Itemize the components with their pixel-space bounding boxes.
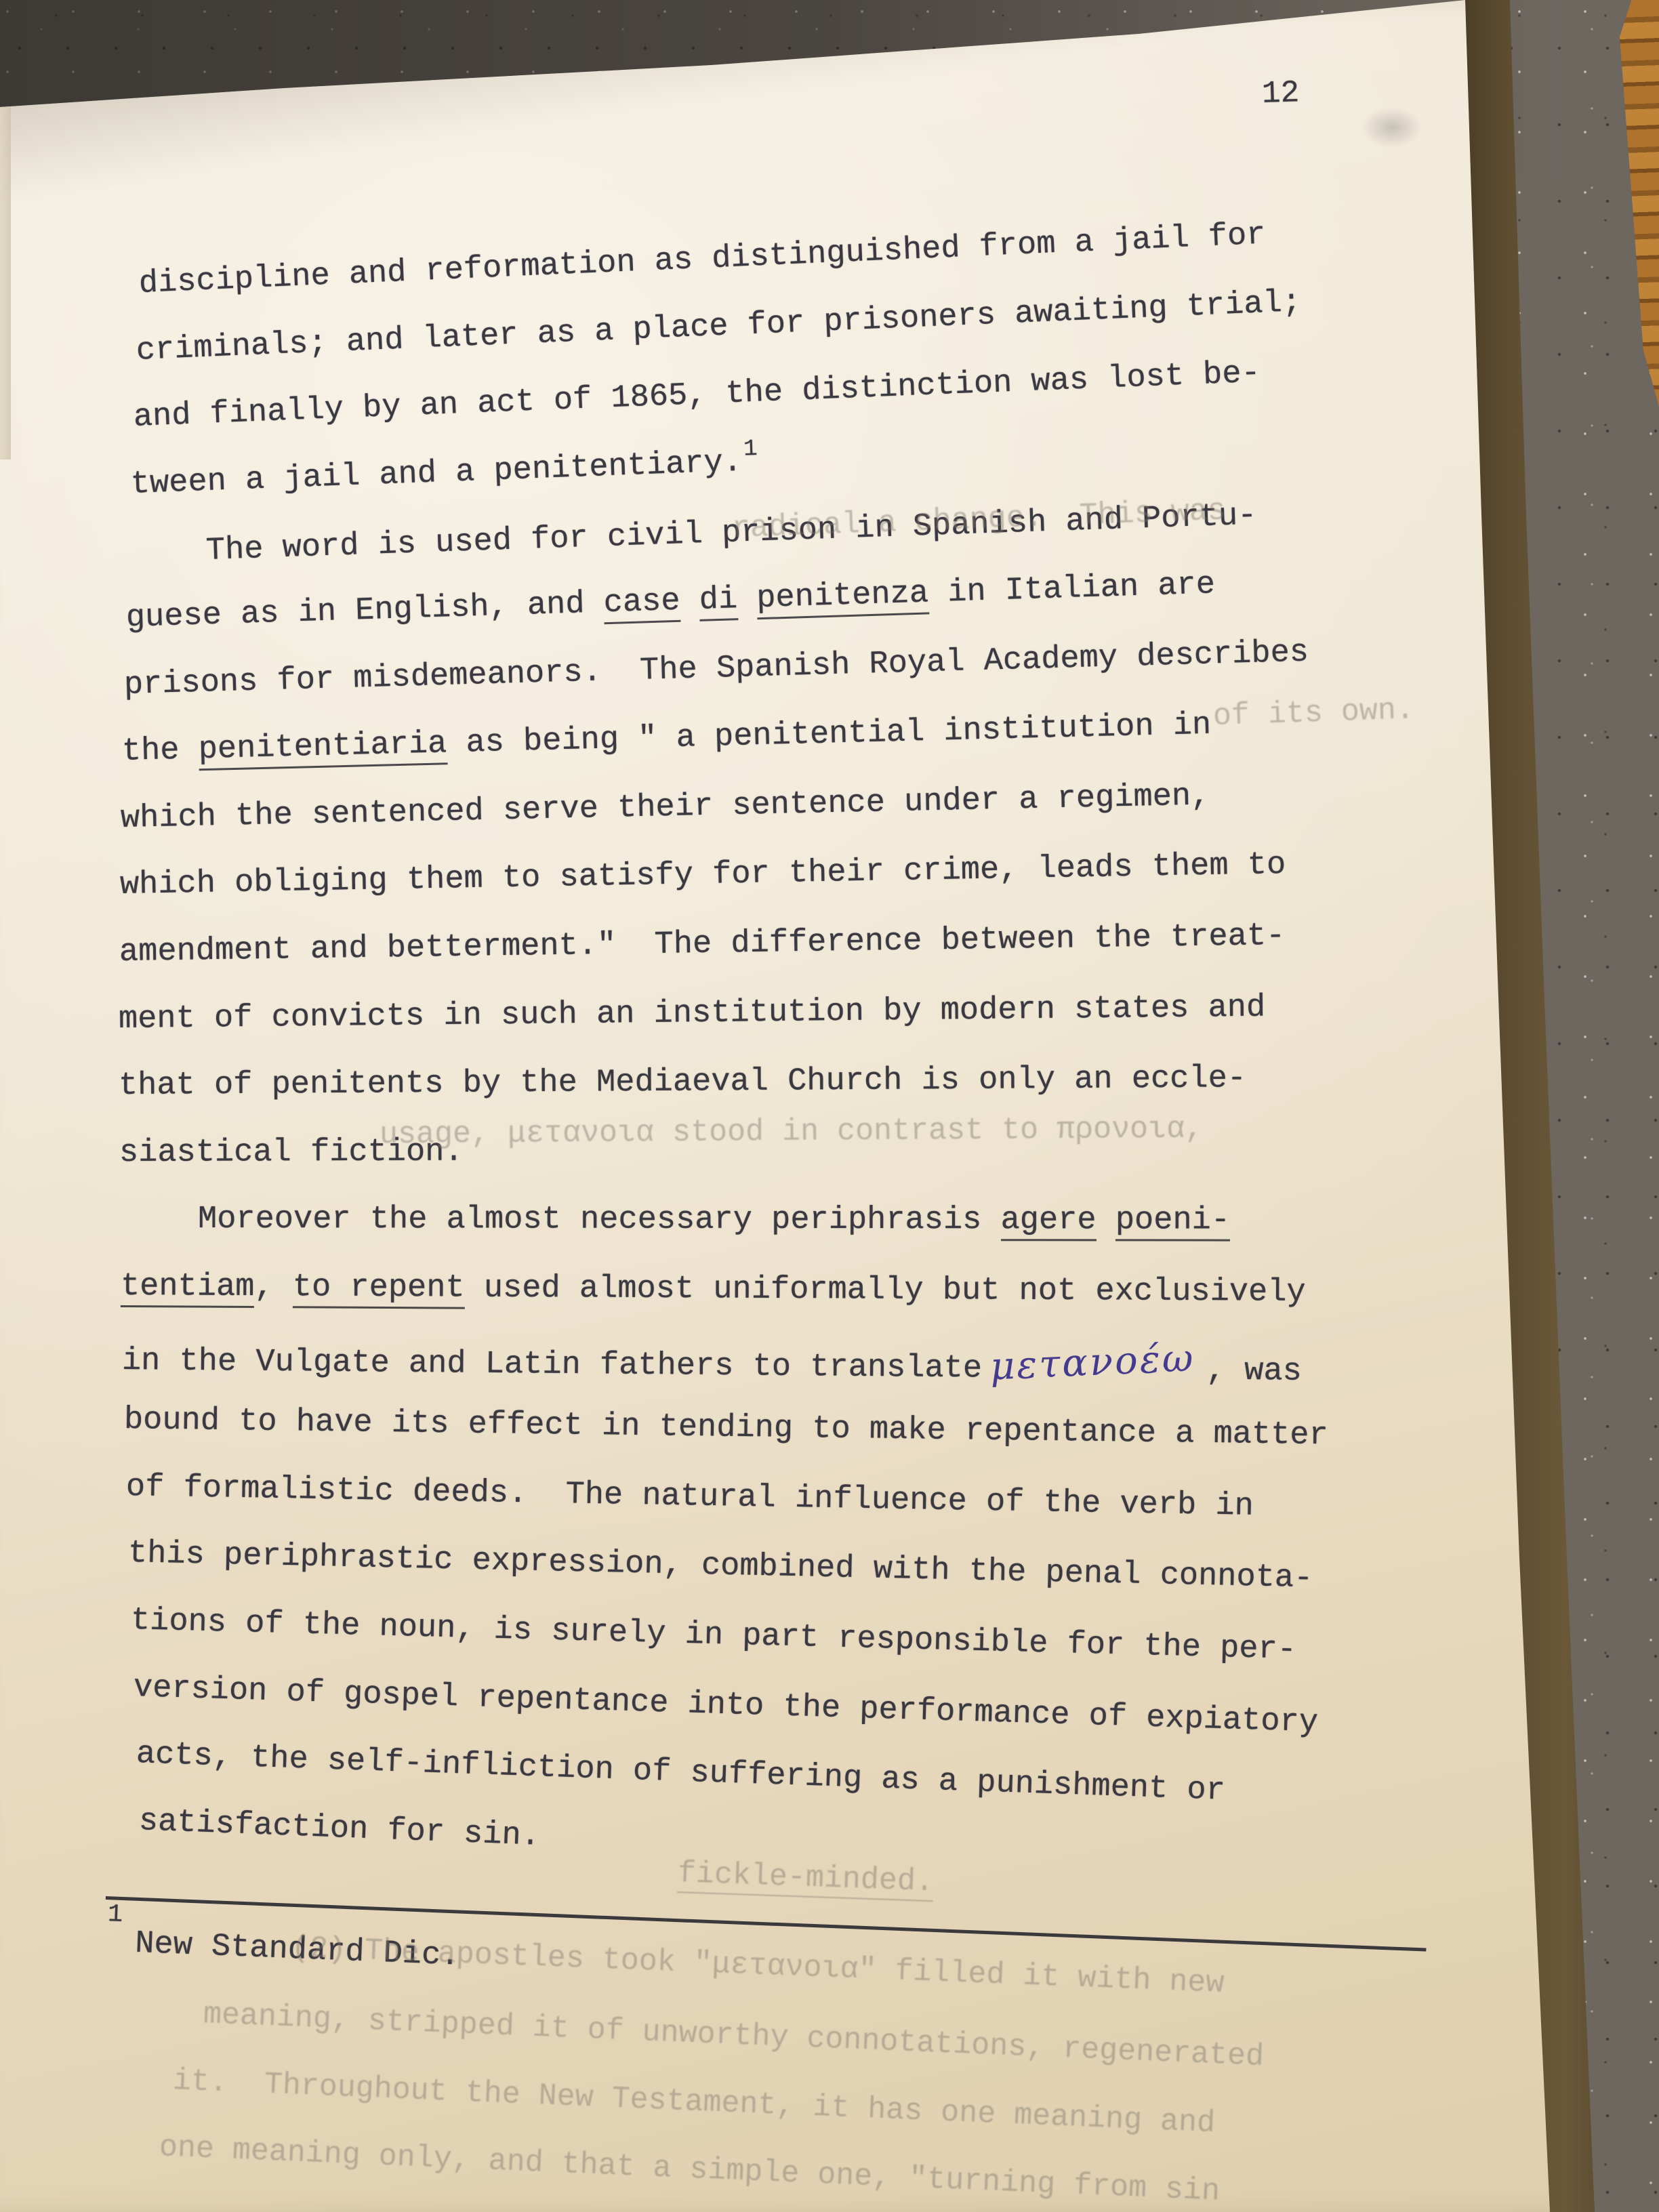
typed-text: discipline and reformation as distinguis… — [138, 217, 1267, 302]
footnote-reference: 1 — [743, 436, 758, 463]
footnote-marker: 1 — [107, 1900, 123, 1929]
typed-text: guese as in English, and — [125, 586, 604, 636]
typed-line: this periphrastic expression, combined w… — [128, 1538, 1313, 1595]
typed-line: version of gospel repentance into the pe… — [133, 1672, 1318, 1739]
typed-text: bound to have its effect in tending to m… — [124, 1402, 1328, 1454]
typed-text: , — [255, 1269, 293, 1305]
typed-line: that of penitents by the Mediaeval Churc… — [119, 1063, 1246, 1102]
bleed-through-line: usage, μετανοια stood in contrast to προ… — [380, 1114, 1203, 1150]
typed-line: in the Vulgate and Latin fathers to tran… — [122, 1338, 1302, 1388]
typed-line: tentiam, to repent used almost uniformal… — [121, 1271, 1306, 1309]
typed-text: Moreover the almost necessary periphrasi… — [198, 1202, 1001, 1238]
typed-text: the — [122, 732, 199, 770]
typed-line: ment of convicts in such an institution … — [119, 991, 1266, 1035]
bleed-through-line: it. Throughout the New Testament, it has… — [172, 2066, 1216, 2139]
underlying-page-edge — [0, 80, 11, 459]
typed-line: which the sentenced serve their sentence… — [121, 780, 1210, 835]
typed-text: which the sentenced serve their sentence… — [121, 778, 1210, 837]
typed-text: in the Vulgate and Latin fathers to tran… — [122, 1343, 983, 1387]
underlined-text: to repent — [293, 1269, 465, 1309]
typed-line: criminals; and later as a place for pris… — [136, 287, 1302, 367]
underlined-text: tentiam — [121, 1269, 255, 1308]
underlined-text: agere — [1000, 1203, 1096, 1242]
typed-line: which obliging them to satisfy for their… — [119, 849, 1286, 901]
typed-text: amendment and betterment." The differenc… — [119, 918, 1285, 970]
typed-text: that of penitents by the Mediaeval Churc… — [119, 1061, 1246, 1104]
typed-line: amendment and betterment." The differenc… — [119, 920, 1285, 968]
typed-text: and finally by an act of 1865, the disti… — [133, 356, 1261, 436]
typed-text: tween a jail and a penitentiary. — [130, 445, 743, 503]
ink-smudge — [1351, 100, 1433, 155]
typed-text: this periphrastic expression, combined w… — [128, 1536, 1313, 1597]
typed-text: as being " a penitential institution in — [447, 708, 1212, 762]
underlined-text: di — [699, 581, 738, 621]
typed-text — [737, 581, 757, 617]
typed-text — [680, 583, 700, 619]
typed-text: of formalistic deeds. The natural influe… — [126, 1469, 1254, 1525]
photo-of-typescript-page: 12 discipline and reformation as disting… — [0, 0, 1659, 2212]
typed-text: prisons for misdemeanors. The Spanish Ro… — [123, 634, 1309, 703]
bleed-through-line: fickle-minded. — [677, 1858, 934, 1898]
typescript-page: 12 discipline and reformation as disting… — [0, 0, 1659, 2212]
typed-text: criminals; and later as a place for pris… — [136, 285, 1302, 369]
typed-text: version of gospel repentance into the pe… — [133, 1670, 1318, 1741]
typed-line: Moreover the almost necessary periphrasi… — [198, 1204, 1230, 1237]
bleed-through-underlined: fickle-minded. — [677, 1856, 935, 1902]
typed-line: of formalistic deeds. The natural influe… — [126, 1471, 1254, 1523]
typed-text: ment of convicts in such an institution … — [119, 989, 1266, 1037]
typed-text: acts, the self-infliction of suffering a… — [136, 1736, 1226, 1809]
greek-handwriting: μετανοέω — [989, 1339, 1196, 1386]
typed-line: guese as in English, and case di peniten… — [125, 569, 1215, 634]
typed-text: used almost uniformally but not exclusiv… — [465, 1271, 1306, 1311]
underlined-text: case — [603, 583, 681, 624]
underlined-text: poeni- — [1115, 1203, 1230, 1242]
typed-line: satisfaction for sin. — [138, 1805, 541, 1853]
typed-line: the penitentiaria as being " a penitenti… — [122, 710, 1212, 768]
typed-text: satisfaction for sin. — [138, 1803, 541, 1855]
underlined-text: penitentiaria — [199, 726, 448, 771]
typed-line: bound to have its effect in tending to m… — [124, 1404, 1328, 1452]
typed-text: in Italian are — [928, 567, 1216, 611]
typed-line: acts, the self-infliction of suffering a… — [136, 1738, 1225, 1807]
page-number: 12 — [1261, 75, 1300, 112]
typed-line: prisons for misdemeanors. The Spanish Ro… — [123, 636, 1309, 701]
typed-line: and finally by an act of 1865, the disti… — [133, 358, 1261, 434]
typed-line: discipline and reformation as distinguis… — [138, 219, 1267, 300]
typed-text: which obliging them to satisfy for their… — [119, 847, 1286, 903]
underlined-text: penitenza — [756, 575, 929, 619]
typed-line: tions of the noun, is surely in part res… — [130, 1605, 1296, 1666]
bleed-through-line: one meaning only, and that a simple one,… — [159, 2132, 1221, 2207]
typed-text — [1096, 1203, 1115, 1239]
typed-line: tween a jail and a penitentiary.1 — [130, 446, 758, 501]
bleed-through-line: of its own. — [1212, 695, 1414, 732]
typed-text: , was — [1206, 1353, 1303, 1389]
typed-text: tions of the noun, is surely in part res… — [130, 1603, 1296, 1668]
